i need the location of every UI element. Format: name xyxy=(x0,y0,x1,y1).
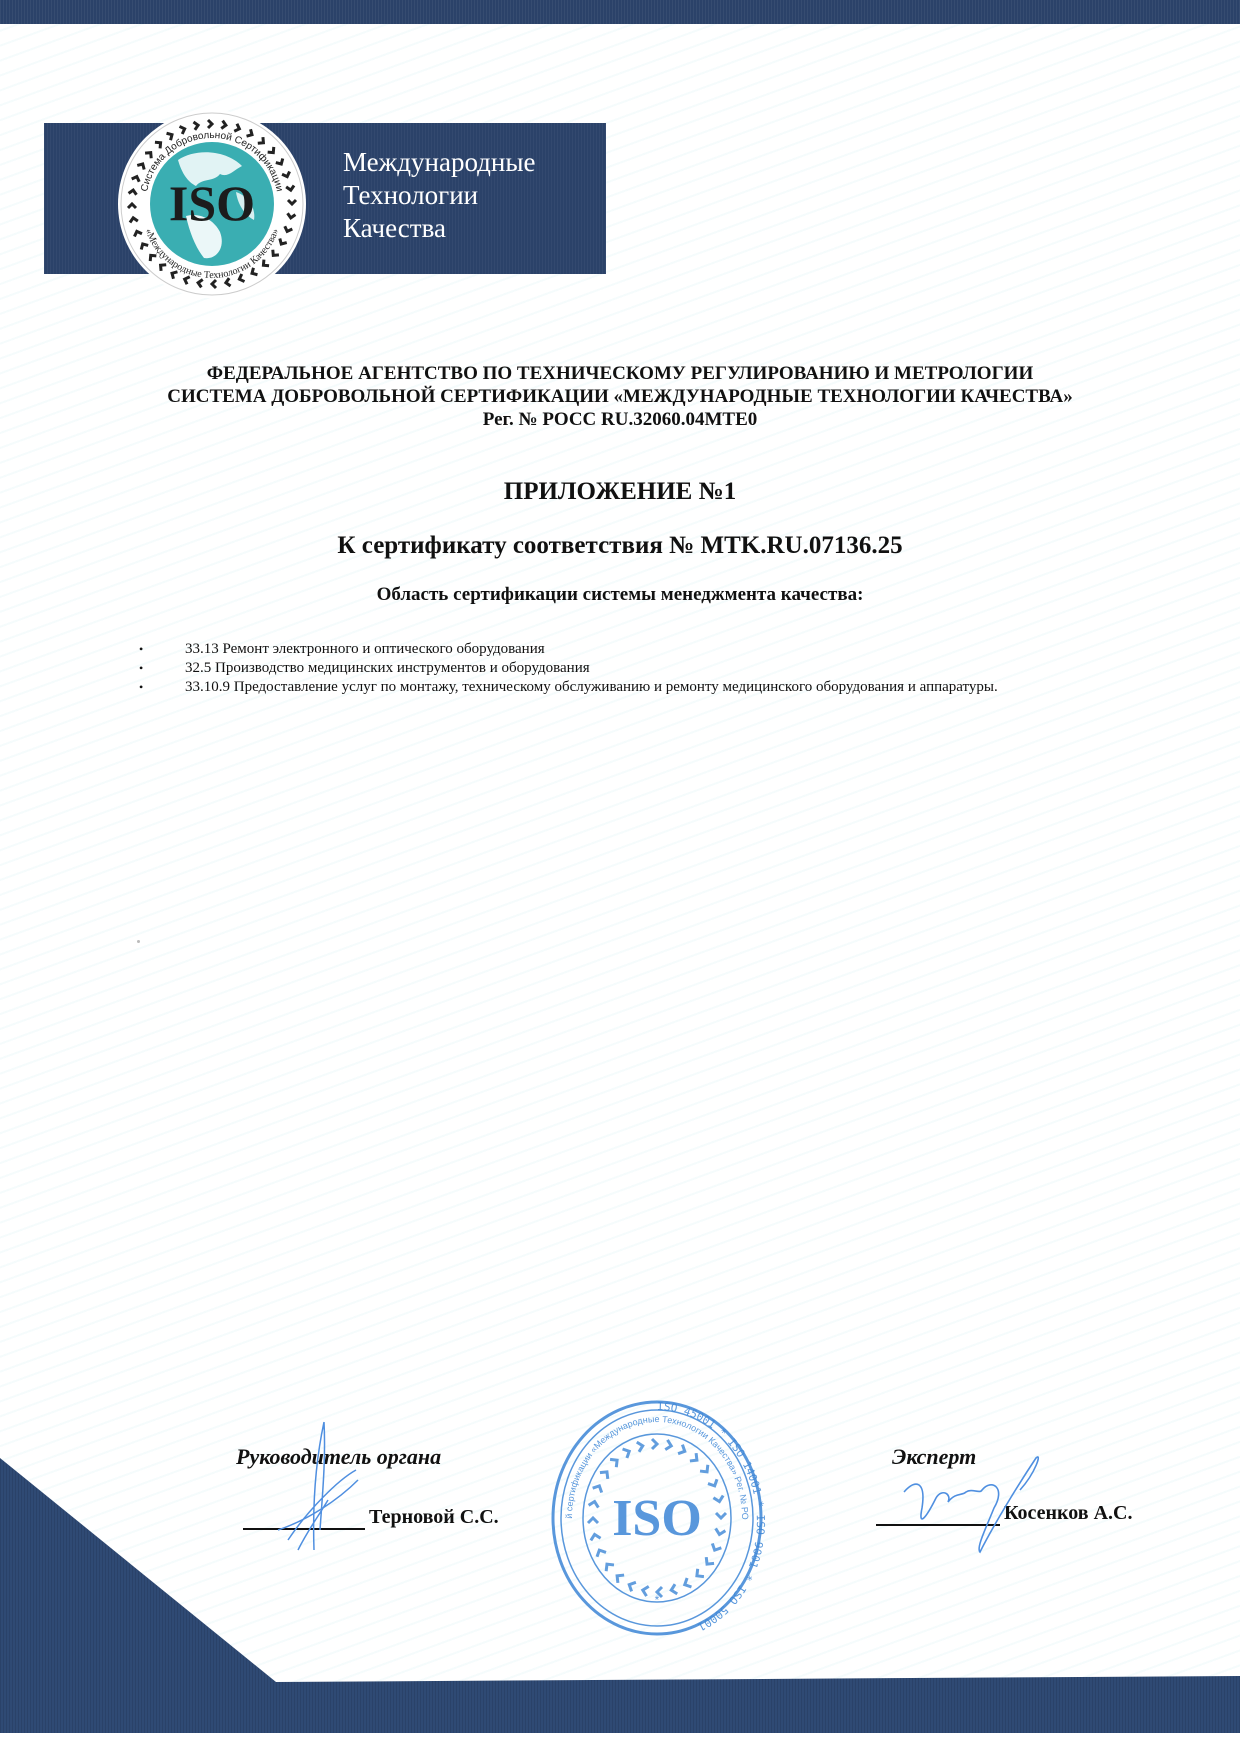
expert-name: Косенков А.С. xyxy=(1004,1502,1132,1525)
organization-name-line-2: Технологии xyxy=(343,179,536,212)
bullet-icon: • xyxy=(139,678,143,697)
scope-item: •32.5 Производство медицинских инструмен… xyxy=(139,659,998,678)
system-line: СИСТЕМА ДОБРОВОЛЬНОЙ СЕРТИФИКАЦИИ «МЕЖДУ… xyxy=(0,385,1240,408)
iso-certification-stamp-icon: ISO 45001 * ISO 14001 * ISO 9001 * ISO 5… xyxy=(548,1398,766,1638)
scope-list: •33.13 Ремонт электронного и оптического… xyxy=(139,640,998,697)
organization-name: Международные Технологии Качества xyxy=(343,146,536,245)
document-title: ПРИЛОЖЕНИЕ №1 xyxy=(0,478,1240,506)
registration-line: Рег. № РОСС RU.32060.04МТЕ0 xyxy=(0,408,1240,431)
scope-heading: Область сертификации системы менеджмента… xyxy=(0,584,1240,606)
issuer-header: ФЕДЕРАЛЬНОЕ АГЕНТСТВО ПО ТЕХНИЧЕСКОМУ РЕ… xyxy=(0,362,1240,431)
scope-item: •33.10.9 Предоставление услуг по монтажу… xyxy=(139,678,998,697)
bullet-icon: • xyxy=(139,659,143,678)
emblem-word: ISO xyxy=(169,175,255,231)
signature-line-left xyxy=(243,1528,365,1530)
organization-name-line-1: Международные xyxy=(343,146,536,179)
head-of-body-name: Терновой С.С. xyxy=(369,1506,499,1529)
agency-line: ФЕДЕРАЛЬНОЕ АГЕНТСТВО ПО ТЕХНИЧЕСКОМУ РЕ… xyxy=(0,362,1240,385)
head-of-body-role: Руководитель органа xyxy=(236,1444,441,1470)
certificate-reference: К сертификату соответствия № MTK.RU.0713… xyxy=(0,532,1240,560)
signature-line-right xyxy=(876,1524,1000,1526)
iso-globe-emblem-icon: ISO Система Добровольной Сертификации «М… xyxy=(116,108,308,300)
bullet-icon: • xyxy=(139,640,143,659)
organization-name-line-3: Качества xyxy=(343,212,536,245)
scan-speck xyxy=(137,940,140,943)
stamp-center-word: ISO xyxy=(612,1490,702,1547)
scope-item: •33.13 Ремонт электронного и оптического… xyxy=(139,640,998,659)
top-decorative-band xyxy=(0,0,1240,24)
expert-role: Эксперт xyxy=(892,1444,976,1470)
